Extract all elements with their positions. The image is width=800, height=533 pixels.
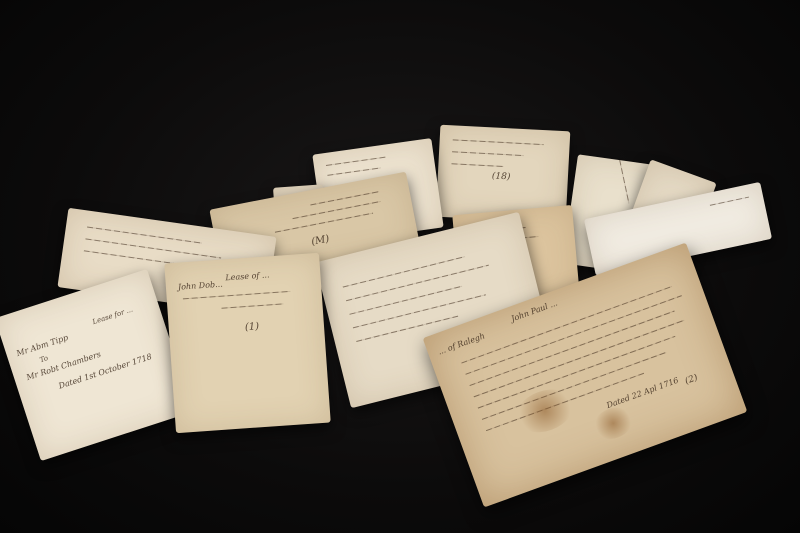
page-mark: (2) — [684, 373, 699, 387]
letter-date: Dated 22 Apl 1716 — [605, 376, 679, 410]
heading-line-2: Lease of ... — [225, 270, 270, 282]
page-mark: (M) — [310, 234, 330, 248]
address-line-2: To — [39, 354, 49, 364]
page-mark: (18) — [492, 171, 511, 182]
heading-line-1: John Dob... — [178, 280, 223, 292]
document-front-center-left: John Dob... Lease of ... (1) — [164, 253, 330, 433]
letter-heading: ... of Ralegh — [437, 331, 486, 356]
photo-scene: (18) (M) Mr Abm — [0, 0, 800, 533]
stain — [510, 382, 580, 440]
side-note: Lease for ... — [92, 306, 134, 327]
page-mark: (1) — [245, 321, 260, 333]
stain — [589, 402, 637, 444]
